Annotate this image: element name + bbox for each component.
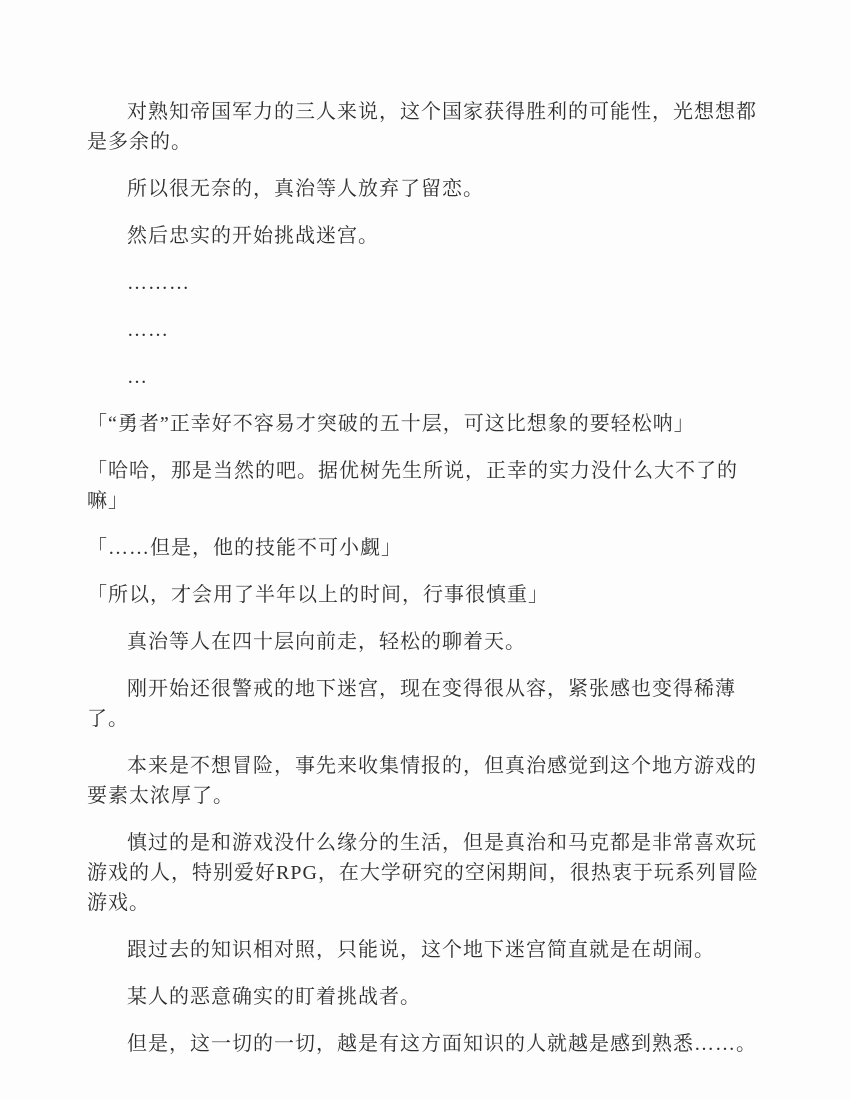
dialogue-line: 「哈哈，那是当然的吧。据优树先生所说，正幸的实力没什么大不了的嘛」 <box>87 456 765 516</box>
ellipsis-line: …… <box>87 315 765 345</box>
paragraph: 慎过的是和游戏没什么缘分的生活，但是真治和马克都是非常喜欢玩游戏的人，特别爱好R… <box>87 828 765 918</box>
paragraph: 对熟知帝国军力的三人来说，这个国家获得胜利的可能性，光想想都是多余的。 <box>87 97 765 157</box>
dialogue-line: 「……但是，他的技能不可小觑」 <box>87 533 765 563</box>
dialogue-line: 「“勇者”正幸好不容易才突破的五十层，可这比想象的要轻松呐」 <box>87 409 765 439</box>
paragraph: 所以很无奈的，真治等人放弃了留恋。 <box>87 174 765 204</box>
paragraph: 本来是不想冒险，事先来收集情报的，但真治感觉到这个地方游戏的要素太浓厚了。 <box>87 751 765 811</box>
paragraph: 然后忠实的开始挑战迷宫。 <box>87 221 765 251</box>
paragraph: 真治等人在四十层向前走，轻松的聊着天。 <box>87 627 765 657</box>
ellipsis-line: ……… <box>87 268 765 298</box>
novel-page: 对熟知帝国军力的三人来说，这个国家获得胜利的可能性，光想想都是多余的。 所以很无… <box>0 0 850 1100</box>
paragraph: 跟过去的知识相对照，只能说，这个地下迷宫简直就是在胡闹。 <box>87 935 765 965</box>
paragraph: 但是，这一切的一切，越是有这方面知识的人就越是感到熟悉……。 <box>87 1029 765 1059</box>
paragraph: 刚开始还很警戒的地下迷宫，现在变得很从容，紧张感也变得稀薄了。 <box>87 674 765 734</box>
paragraph: 某人的恶意确实的盯着挑战者。 <box>87 982 765 1012</box>
ellipsis-line: … <box>87 362 765 392</box>
dialogue-line: 「所以，才会用了半年以上的时间，行事很慎重」 <box>87 580 765 610</box>
